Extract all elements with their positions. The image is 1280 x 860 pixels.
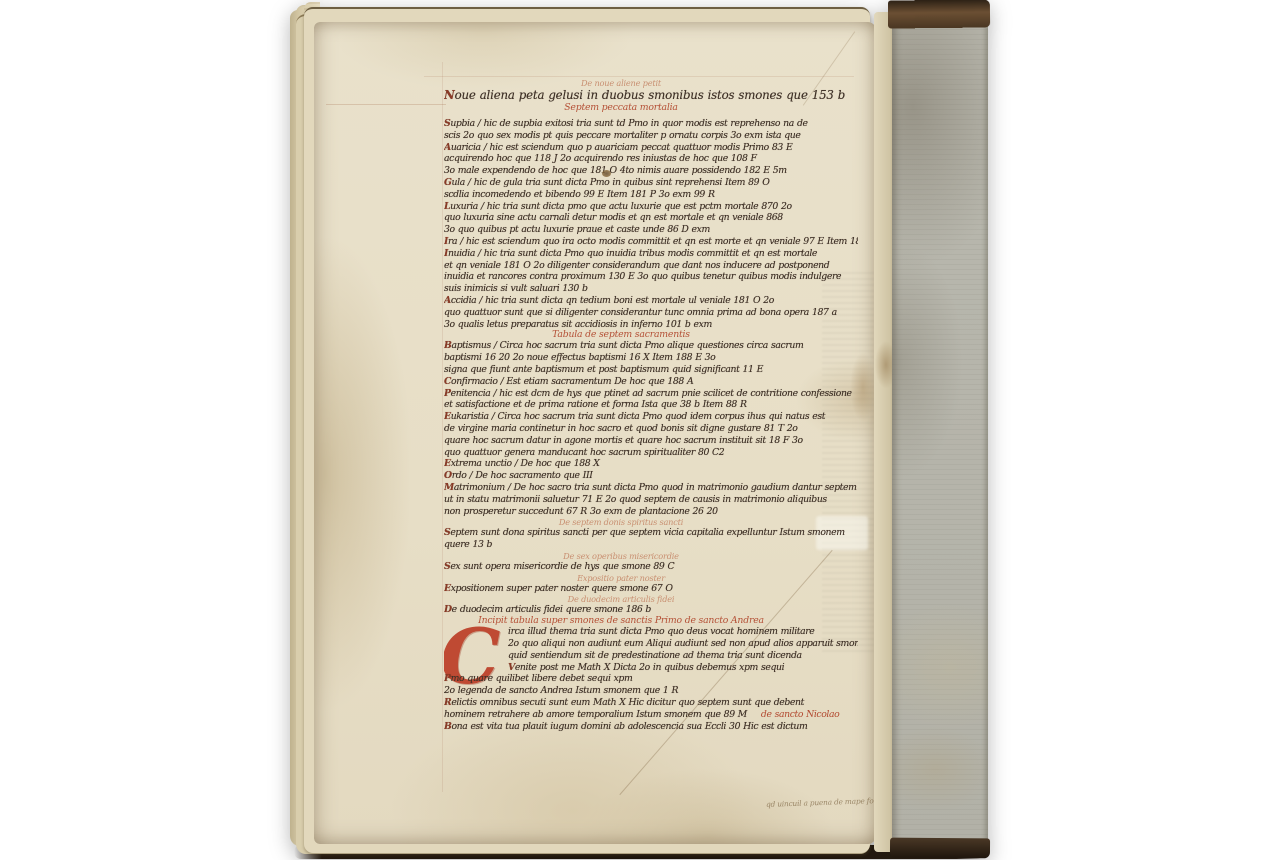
- rubric-line: Incipit tabula super smones de sanctis P…: [444, 616, 858, 626]
- manuscript-line: signa que fiunt ante baptismum et post b…: [444, 364, 858, 376]
- manuscript-line: 3o quo quibus pt actu luxurie praue et c…: [444, 224, 858, 236]
- manuscript-line: Eukaristia / Circa hoc sacrum tria sunt …: [444, 411, 858, 423]
- manuscript-line: et satisfactione et de prima ratione et …: [444, 399, 858, 411]
- manuscript-line: Ordo / De hoc sacramento que III: [444, 470, 858, 482]
- manuscript-line: acquirendo hoc que 118 J 2o acquirendo r…: [444, 153, 858, 165]
- manuscript-line: ¶Supbia / hic de supbia exitosi tria sun…: [444, 118, 858, 130]
- ruling-line-vertical: [442, 62, 443, 792]
- marginal-note: qd uincuil a puena de mape fo: [766, 796, 876, 809]
- manuscript-line: de virgine maria continetur in hoc sacro…: [444, 423, 858, 435]
- manuscript-line: Inuidia / hic tria sunt dicta Pmo quo in…: [444, 248, 858, 260]
- manuscript-line: baptismi 16 20 2o noue effectus baptismi…: [444, 352, 858, 364]
- manuscript-line: quare hoc sacrum datur in agone mortis e…: [444, 435, 858, 447]
- manuscript-line: ut in statu matrimonii saluetur 71 E 2o …: [444, 494, 858, 506]
- text-block: De noue aliene petitNoue aliena peta gel…: [444, 78, 858, 778]
- manuscript-line: quo luxuria sine actu carnali detur modi…: [444, 212, 858, 224]
- manuscript-line: 3o male expendendo de hoc que 181 O 4to …: [444, 165, 858, 177]
- manuscript-line: Relictis omnibus secuti sunt eum Math X …: [444, 697, 858, 709]
- manuscript-line: Venite post me Math X Dicta 2o in quibus…: [444, 662, 858, 674]
- rubric-line: De septem donis spiritus sancti: [444, 517, 858, 527]
- manuscript-line: quo quattuor genera manducant hoc sacrum…: [444, 447, 858, 459]
- manuscript-line: scis 2o quo sex modis pt quis peccare mo…: [444, 130, 858, 142]
- manuscript-line: Sex sunt opera misericordie de hys que s…: [444, 561, 858, 573]
- ink-blot: [602, 170, 611, 177]
- manuscript-line: scdlia incomedendo et bibendo 99 E Item …: [444, 189, 858, 201]
- manuscript-line: Auaricia / hic est sciendum quo p auaric…: [444, 142, 858, 154]
- rubric-line: De noue aliene petit: [444, 78, 858, 88]
- rubric-line: De duodecim articulis fidei: [444, 594, 858, 604]
- rubric-line: Tabula de septem sacramentis: [444, 330, 858, 340]
- manuscript-line: Septem sunt dona spiritus sancti per que…: [444, 527, 858, 539]
- photo-background: De noue aliene petitNoue aliena peta gel…: [0, 0, 1280, 860]
- manuscript-line: Confirmacio / Est etiam sacramentum De h…: [444, 376, 858, 388]
- manuscript-line: Pmo quare quilibet libere debet sequi xp…: [444, 673, 858, 685]
- red-tail-note: de sancto Nicolao: [761, 709, 839, 720]
- manuscript-line: Noue aliena peta gelusi in duobus smonib…: [444, 88, 858, 103]
- rubric-line: Septem peccata mortalia: [444, 103, 858, 113]
- manuscript-line: quid sentiendum sit de predestinatione a…: [444, 650, 858, 662]
- manuscript-line: Accidia / hic tria sunt dicta qn tedium …: [444, 295, 858, 307]
- manuscript-line: suis inimicis si vult saluari 130 b: [444, 283, 858, 295]
- ruling-line-top: [424, 76, 854, 77]
- binding-board: [892, 4, 988, 854]
- manuscript-line: hominem retrahere ab amore temporalium I…: [444, 709, 858, 721]
- manuscript-line: Luxuria / hic tria sunt dicta pmo que ac…: [444, 201, 858, 213]
- manuscript-line: Penitencia / hic est dcm de hys que ptin…: [444, 388, 858, 400]
- manuscript-line: Bona est vita tua plauit iugum domini ab…: [444, 721, 858, 733]
- manuscript-line: quere 13 b: [444, 539, 858, 551]
- manuscript-line: et qn veniale 181 O 2o diligenter consid…: [444, 260, 858, 272]
- leather-edge-top: [888, 0, 990, 29]
- fore-edge-strip: [874, 12, 894, 852]
- manuscript-line: 2o legenda de sancto Andrea Istum smonem…: [444, 685, 858, 697]
- leather-edge-bottom: [890, 838, 990, 859]
- manuscript-line: Ira / hic est sciendum quo ira octo modi…: [444, 236, 858, 248]
- manuscript-line: 2o quo aliqui non audiunt eum Aliqui aud…: [444, 638, 858, 650]
- rubric-line: De sex operibus misericordie: [444, 551, 858, 561]
- ruling-line-horizontal: [326, 104, 446, 105]
- manuscript-line: Extrema unctio / De hoc que 188 X: [444, 458, 858, 470]
- manuscript-line: non prosperetur succedunt 67 R 3o exm de…: [444, 506, 858, 518]
- manuscript-line: Gula / hic de gula tria sunt dicta Pmo i…: [444, 177, 858, 189]
- manuscript-page: De noue aliene petitNoue aliena peta gel…: [314, 22, 876, 844]
- manuscript-book: De noue aliene petitNoue aliena peta gel…: [286, 0, 992, 860]
- manuscript-line: ¶Baptismus / Circa hoc sacrum tria sunt …: [444, 340, 858, 352]
- edge-stain: [850, 352, 876, 422]
- rubric-line: Expositio pater noster: [444, 573, 858, 583]
- manuscript-line: inuidia et rancores contra proximum 130 …: [444, 271, 858, 283]
- manuscript-line: irca illud thema tria sunt dicta Pmo quo…: [444, 626, 858, 638]
- manuscript-line: Matrimonium / De hoc sacro tria sunt dic…: [444, 482, 858, 494]
- manuscript-line: quo quattuor sunt que si diligenter cons…: [444, 307, 858, 319]
